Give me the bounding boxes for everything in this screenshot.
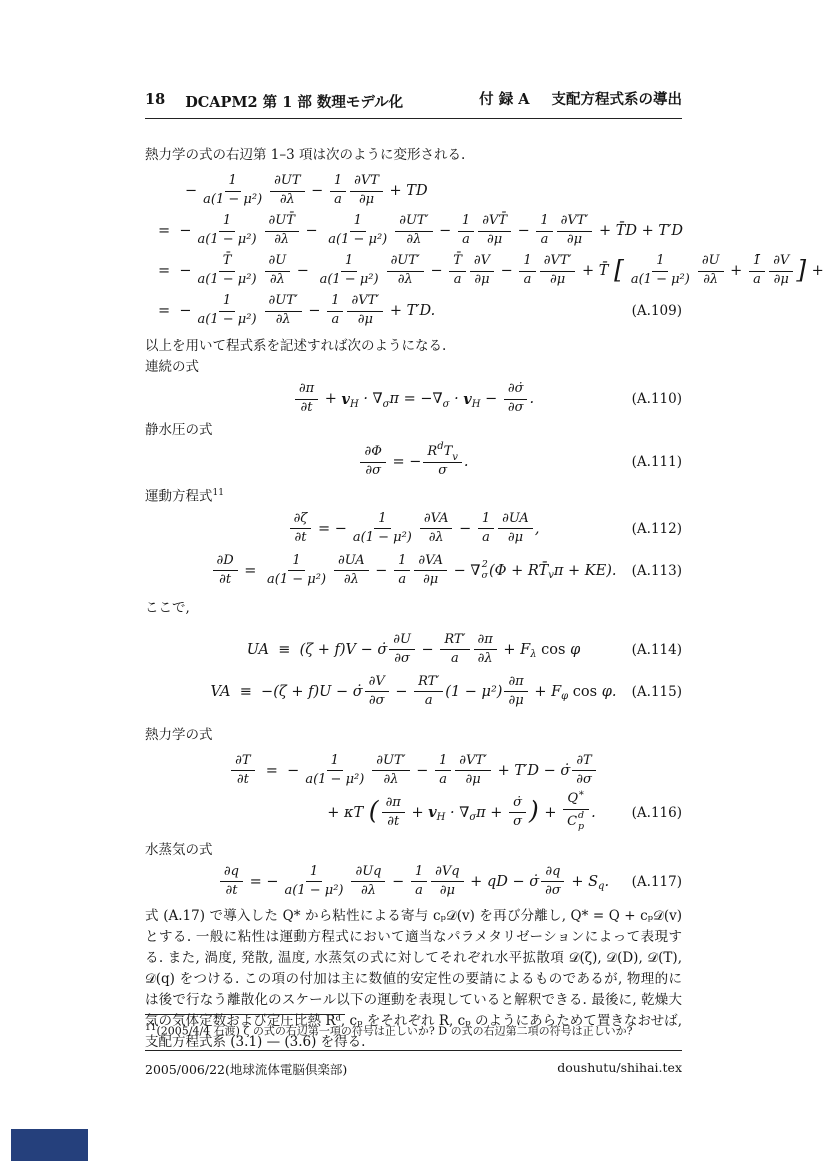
header-right: 付 録 A 支配方程式系の導出 <box>479 88 682 109</box>
chapter-title: DCAPM2 第 1 部 数理モデル化 <box>185 91 403 112</box>
equation-a115: VA ≡ −(ζ + f)U − σ̇∂V∂σ − RT′a(1 − μ²)∂π… <box>145 671 682 713</box>
lead-text: 以上を用いて程式系を記述すれば次のようになる. <box>145 336 682 357</box>
equation-a112: ∂ζ∂t = −1a(1 − μ²)∂VA∂λ − 1a∂UA∂μ,(A.112… <box>145 508 682 550</box>
corner-artifact-box <box>11 1129 88 1161</box>
equation-a116: ∂T∂t = −1a(1 − μ²)∂UT′∂λ − 1a∂VT′∂μ + T′… <box>145 750 682 834</box>
footnote-rule <box>145 1014 345 1015</box>
footnote-mark: 11 <box>145 1023 156 1033</box>
equation-a110: ∂π∂t + vH · ∇σπ = −∇σ · vH − ∂σ̇∂σ.(A.11… <box>145 378 682 420</box>
page-number: 18 <box>145 91 165 112</box>
equation-a117: ∂q∂t = −1a(1 − μ²)∂Uq∂λ − 1a∂Vq∂μ + qD −… <box>145 861 682 903</box>
footer-left: 2005/006/22(地球流体電脳倶楽部) <box>145 1060 347 1078</box>
label-motion: 運動方程式11 <box>145 483 682 508</box>
page-content: 18 DCAPM2 第 1 部 数理モデル化 付 録 A 支配方程式系の導出 熱… <box>145 0 682 1053</box>
label-hydrostatic: 静水圧の式 <box>145 420 682 441</box>
equation-a109: −1a(1 − μ²)∂UT∂λ − 1a∂VT∂μ + TD= −1a(1 −… <box>145 171 682 331</box>
footer-right: doushutu/shihai.tex <box>557 1060 682 1078</box>
equation-a113: ∂D∂t = 1a(1 − μ²)∂UA∂λ − 1a∂VA∂μ − ∇2σ(Φ… <box>145 550 682 592</box>
appendix-label: 付 録 A <box>479 88 529 109</box>
document-page: 18 DCAPM2 第 1 部 数理モデル化 付 録 A 支配方程式系の導出 熱… <box>0 0 826 1169</box>
equation-a114: UA ≡ (ζ + f)V − σ̇∂U∂σ − RT′a∂π∂λ + Fλ c… <box>145 629 682 671</box>
footer-rule <box>145 1050 682 1051</box>
header-left: 18 DCAPM2 第 1 部 数理モデル化 <box>145 91 403 112</box>
footnote-mark-inline: 11 <box>213 488 224 498</box>
label-continuity: 連続の式 <box>145 357 682 378</box>
label-vapor: 水蒸気の式 <box>145 840 682 861</box>
equation-a111: ∂Φ∂σ = −RdTvσ.(A.111) <box>145 441 682 483</box>
page-header: 18 DCAPM2 第 1 部 数理モデル化 付 録 A 支配方程式系の導出 <box>145 0 682 112</box>
footnote-text: (2005/4/4 石渡) ζ の式の右辺第一項の符号は正しいか? D の式の右… <box>156 1025 632 1038</box>
header-rule <box>145 118 682 119</box>
appendix-title: 支配方程式系の導出 <box>552 88 683 109</box>
label-thermo: 熱力学の式 <box>145 725 682 746</box>
page-footer: 2005/006/22(地球流体電脳倶楽部) doushutu/shihai.t… <box>145 1050 682 1078</box>
footnote: 11(2005/4/4 石渡) ζ の式の右辺第一項の符号は正しいか? D の式… <box>145 1014 682 1040</box>
intro-text: 熱力学の式の右辺第 1–3 項は次のように変形される. <box>145 145 682 166</box>
label-motion-text: 運動方程式 <box>145 489 213 505</box>
label-here: ここで, <box>145 598 682 619</box>
